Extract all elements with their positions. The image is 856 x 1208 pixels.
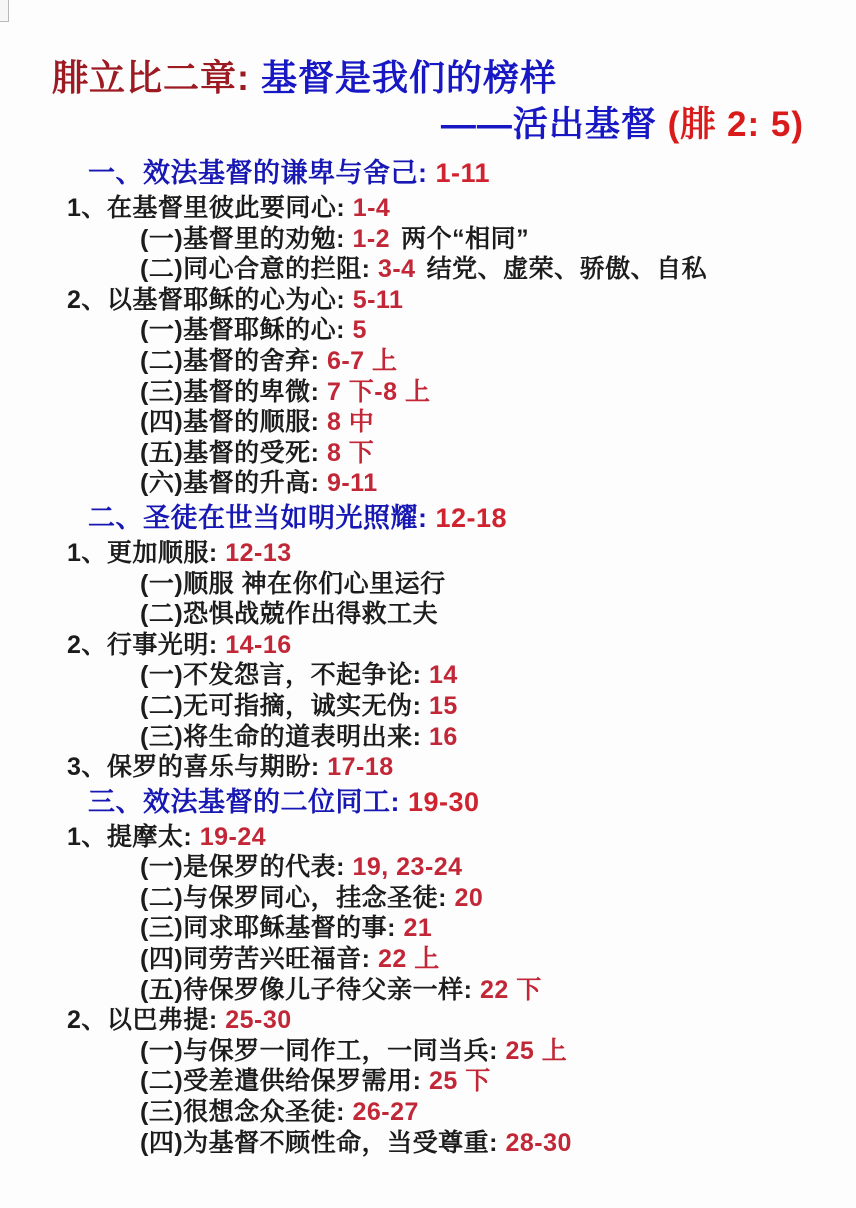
outline-text: (一)不发怨言，不起争论: (140, 661, 429, 689)
outline-line-item: 2、以基督耶稣的心为心: 5-11 (0, 285, 856, 316)
outline-text: (六)基督的升高: (140, 469, 327, 497)
outline-text: (五)待保罗像儿子待父亲一样: (140, 976, 480, 1004)
verse-ref: 21 (403, 914, 432, 942)
outline-text: (二)无可指摘，诚实无伪: (140, 692, 429, 720)
outline-line-sub: (三)很想念众圣徒: 26-27 (0, 1097, 856, 1128)
outline-line-sub: (二)同心合意的拦阻: 3-4结党、虚荣、骄傲、自私 (0, 254, 856, 285)
outline-line-sub: (四)为基督不顾性命，当受尊重: 28-30 (0, 1128, 856, 1159)
outline-line-sub: (五)待保罗像儿子待父亲一样: 22 下 (0, 975, 856, 1006)
outline-text: 2、以巴弗提: (67, 1006, 225, 1034)
verse-ref: 8 中 (327, 408, 374, 436)
outline-line-sub: (一)不发怨言，不起争论: 14 (0, 660, 856, 691)
verse-ref: 6-7 上 (327, 347, 398, 375)
verse-ref: 5-11 (353, 286, 404, 314)
outline-text: (二)同心合意的拦阻: (140, 255, 378, 283)
outline-text: (一)基督耶稣的心: (140, 316, 352, 344)
cropped-window-corner (0, 0, 9, 22)
outline-text: 2、以基督耶稣的心为心: (67, 286, 353, 314)
outline-line-item: 1、提摩太: 19-24 (0, 822, 856, 853)
outline-note: 两个“相同” (401, 225, 529, 253)
verse-ref: 7 下-8 上 (327, 378, 431, 406)
verse-ref: 12-18 (436, 503, 508, 533)
outline-line-sub: (二)恐惧战兢作出得救工夫 (0, 599, 856, 630)
outline-line-sub: (二)受差遣供给保罗需用: 25 下 (0, 1066, 856, 1097)
verse-ref: 14-16 (225, 631, 291, 659)
subtitle-text: ——活出基督 (441, 105, 668, 144)
outline-text: (一)与保罗一同作工，一同当兵: (140, 1037, 505, 1065)
page-subtitle: ——活出基督 (腓 2: 5) (0, 100, 856, 145)
outline-text: 一、效法基督的谦卑与舍己: (88, 158, 436, 188)
outline-text: 3、保罗的喜乐与期盼: (67, 753, 327, 781)
verse-ref: 20 (454, 884, 483, 912)
outline-text: 1、在基督里彼此要同心: (67, 194, 353, 222)
outline-line-section: 一、效法基督的谦卑与舍己: 1-11 (0, 157, 856, 190)
subtitle-verse-ref: (腓 2: 5) (668, 105, 804, 144)
outline-line-item: 1、更加顺服: 12-13 (0, 538, 856, 569)
outline-text: 二、圣徒在世当如明光照耀: (88, 503, 436, 533)
outline-line-item: 2、行事光明: 14-16 (0, 630, 856, 661)
outline-line-sub: (三)同求耶稣基督的事: 21 (0, 913, 856, 944)
verse-ref: 3-4 (378, 255, 416, 283)
outline-line-sub: (六)基督的升高: 9-11 (0, 468, 856, 499)
verse-ref: 22 下 (480, 976, 542, 1004)
outline-line-sub: (二)无可指摘，诚实无伪: 15 (0, 691, 856, 722)
verse-ref: 25 下 (429, 1067, 491, 1095)
outline-line-sub: (二)与保罗同心，挂念圣徒: 20 (0, 883, 856, 914)
outline-line-sub: (一)基督里的劝勉: 1-2两个“相同” (0, 224, 856, 255)
verse-ref: 9-11 (327, 469, 378, 497)
verse-ref: 25 上 (505, 1037, 567, 1065)
outline-line-sub: (三)将生命的道表明出来: 16 (0, 722, 856, 753)
verse-ref: 19, 23-24 (352, 853, 462, 881)
outline-text: (二)恐惧战兢作出得救工夫 (140, 600, 438, 628)
verse-ref: 16 (429, 723, 458, 751)
verse-ref: 17-18 (327, 753, 393, 781)
outline-text: (四)基督的顺服: (140, 408, 327, 436)
verse-ref: 25-30 (225, 1006, 291, 1034)
verse-ref: 19-24 (200, 823, 266, 851)
outline-line-sub: (一)顺服 神在你们心里运行 (0, 569, 856, 600)
outline-text: (三)基督的卑微: (140, 378, 327, 406)
outline-line-item: 1、在基督里彼此要同心: 1-4 (0, 193, 856, 224)
outline-text: (四)为基督不顾性命，当受尊重: (140, 1129, 505, 1157)
outline-line-section: 二、圣徒在世当如明光照耀: 12-18 (0, 502, 856, 535)
verse-ref: 1-2 (352, 225, 390, 253)
verse-ref: 15 (429, 692, 458, 720)
outline-text: (一)基督里的劝勉: (140, 225, 352, 253)
verse-ref: 26-27 (352, 1098, 418, 1126)
outline-line-item: 2、以巴弗提: 25-30 (0, 1005, 856, 1036)
outline-text: 1、提摩太: (67, 823, 200, 851)
outline-line-sub: (一)与保罗一同作工，一同当兵: 25 上 (0, 1036, 856, 1067)
outline-text: (三)很想念众圣徒: (140, 1098, 352, 1126)
outline-text: 1、更加顺服: (67, 539, 225, 567)
outline-text: 2、行事光明: (67, 631, 225, 659)
outline-line-section: 三、效法基督的二位同工: 19-30 (0, 786, 856, 819)
outline-list: 一、效法基督的谦卑与舍己: 1-111、在基督里彼此要同心: 1-4(一)基督里… (0, 145, 856, 1158)
verse-ref: 1-11 (436, 158, 491, 188)
title-main: 基督是我们的榜样 (261, 57, 557, 98)
outline-text: (二)受差遣供给保罗需用: (140, 1067, 429, 1095)
verse-ref: 19-30 (408, 787, 480, 817)
outline-line-sub: (三)基督的卑微: 7 下-8 上 (0, 377, 856, 408)
document-page: 腓立比二章: 基督是我们的榜样 ——活出基督 (腓 2: 5) 一、效法基督的谦… (0, 0, 856, 1208)
outline-text: (三)同求耶稣基督的事: (140, 914, 403, 942)
page-title: 腓立比二章: 基督是我们的榜样 (0, 0, 856, 100)
outline-line-sub: (四)基督的顺服: 8 中 (0, 407, 856, 438)
outline-line-sub: (五)基督的受死: 8 下 (0, 438, 856, 469)
verse-ref: 1-4 (353, 194, 391, 222)
outline-line-sub: (四)同劳苦兴旺福音: 22 上 (0, 944, 856, 975)
verse-ref: 12-13 (225, 539, 291, 567)
verse-ref: 5 (352, 316, 366, 344)
verse-ref: 28-30 (505, 1129, 571, 1157)
outline-text: (一)顺服 神在你们心里运行 (140, 570, 446, 598)
outline-text: (一)是保罗的代表: (140, 853, 352, 881)
outline-text: (二)与保罗同心，挂念圣徒: (140, 884, 454, 912)
verse-ref: 14 (429, 661, 458, 689)
outline-text: (四)同劳苦兴旺福音: (140, 945, 378, 973)
outline-text: 三、效法基督的二位同工: (88, 787, 408, 817)
verse-ref: 8 下 (327, 439, 374, 467)
outline-line-sub: (一)基督耶稣的心: 5 (0, 315, 856, 346)
outline-text: (二)基督的舍弃: (140, 347, 327, 375)
outline-text: (五)基督的受死: (140, 439, 327, 467)
outline-text: (三)将生命的道表明出来: (140, 723, 429, 751)
outline-note: 结党、虚荣、骄傲、自私 (427, 255, 708, 283)
title-book-chapter: 腓立比二章: (52, 57, 261, 98)
outline-line-item: 3、保罗的喜乐与期盼: 17-18 (0, 752, 856, 783)
outline-line-sub: (二)基督的舍弃: 6-7 上 (0, 346, 856, 377)
verse-ref: 22 上 (378, 945, 440, 973)
outline-line-sub: (一)是保罗的代表: 19, 23-24 (0, 852, 856, 883)
